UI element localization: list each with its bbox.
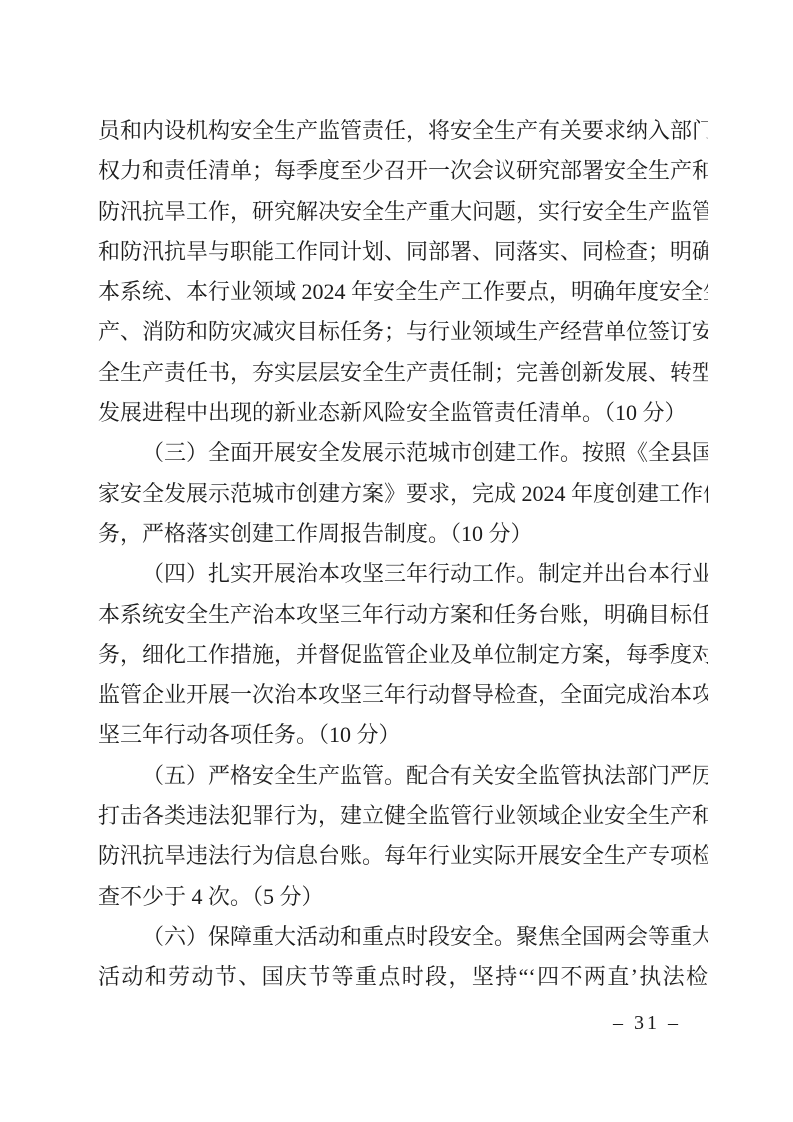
text-line: 家安全发展示范城市创建方案》要求，完成 2024 年度创建工作任 (98, 474, 708, 514)
text-line: 本系统、本行业领域 2024 年安全生产工作要点，明确年度安全生 (98, 272, 708, 312)
text-line: 务，严格落实创建工作周报告制度。（10 分） (98, 514, 708, 554)
text-line: 全生产责任书，夯实层层安全生产责任制；完善创新发展、转型 (98, 353, 708, 393)
text-line: 坚三年行动各项任务。（10 分） (98, 715, 708, 755)
text-line: 发展进程中出现的新业态新风险安全监管责任清单。（10 分） (98, 393, 708, 433)
document-page: 员和内设机构安全生产监管责任，将安全生产有关要求纳入部门 权力和责任清单；每季度… (0, 0, 793, 1122)
text-line: 监管企业开展一次治本攻坚三年行动督导检查，全面完成治本攻 (98, 675, 708, 715)
text-line: 打击各类违法犯罪行为，建立健全监管行业领域企业安全生产和 (98, 796, 708, 836)
section-heading-line: （三）全面开展安全发展示范城市创建工作。按照《全县国 (98, 433, 708, 473)
text-line: 务，细化工作措施，并督促监管企业及单位制定方案，每季度对 (98, 635, 708, 675)
text-line: 防汛抗旱违法行为信息台账。每年行业实际开展安全生产专项检 (98, 836, 708, 876)
text-line: 活动和劳动节、国庆节等重点时段，坚持“‘四不两直’执法检 (98, 957, 708, 997)
text-line: 防汛抗旱工作，研究解决安全生产重大问题，实行安全生产监管 (98, 192, 708, 232)
section-heading-line: （五）严格安全生产监管。配合有关安全监管执法部门严厉 (98, 756, 708, 796)
page-number: – 31 – (613, 1010, 681, 1036)
text-line: 查不少于 4 次。（5 分） (98, 877, 708, 917)
text-line: 和防汛抗旱与职能工作同计划、同部署、同落实、同检查；明确 (98, 232, 708, 272)
text-line: 员和内设机构安全生产监管责任，将安全生产有关要求纳入部门 (98, 111, 708, 151)
text-line: 权力和责任清单；每季度至少召开一次会议研究部署安全生产和 (98, 151, 708, 191)
section-heading-line: （四）扎实开展治本攻坚三年行动工作。制定并出台本行业、 (98, 554, 708, 594)
body-text: 员和内设机构安全生产监管责任，将安全生产有关要求纳入部门 权力和责任清单；每季度… (98, 111, 708, 998)
text-line: 产、消防和防灾减灾目标任务；与行业领域生产经营单位签订安 (98, 312, 708, 352)
text-line: 本系统安全生产治本攻坚三年行动方案和任务台账，明确目标任 (98, 595, 708, 635)
section-heading-line: （六）保障重大活动和重点时段安全。聚焦全国两会等重大 (98, 917, 708, 957)
